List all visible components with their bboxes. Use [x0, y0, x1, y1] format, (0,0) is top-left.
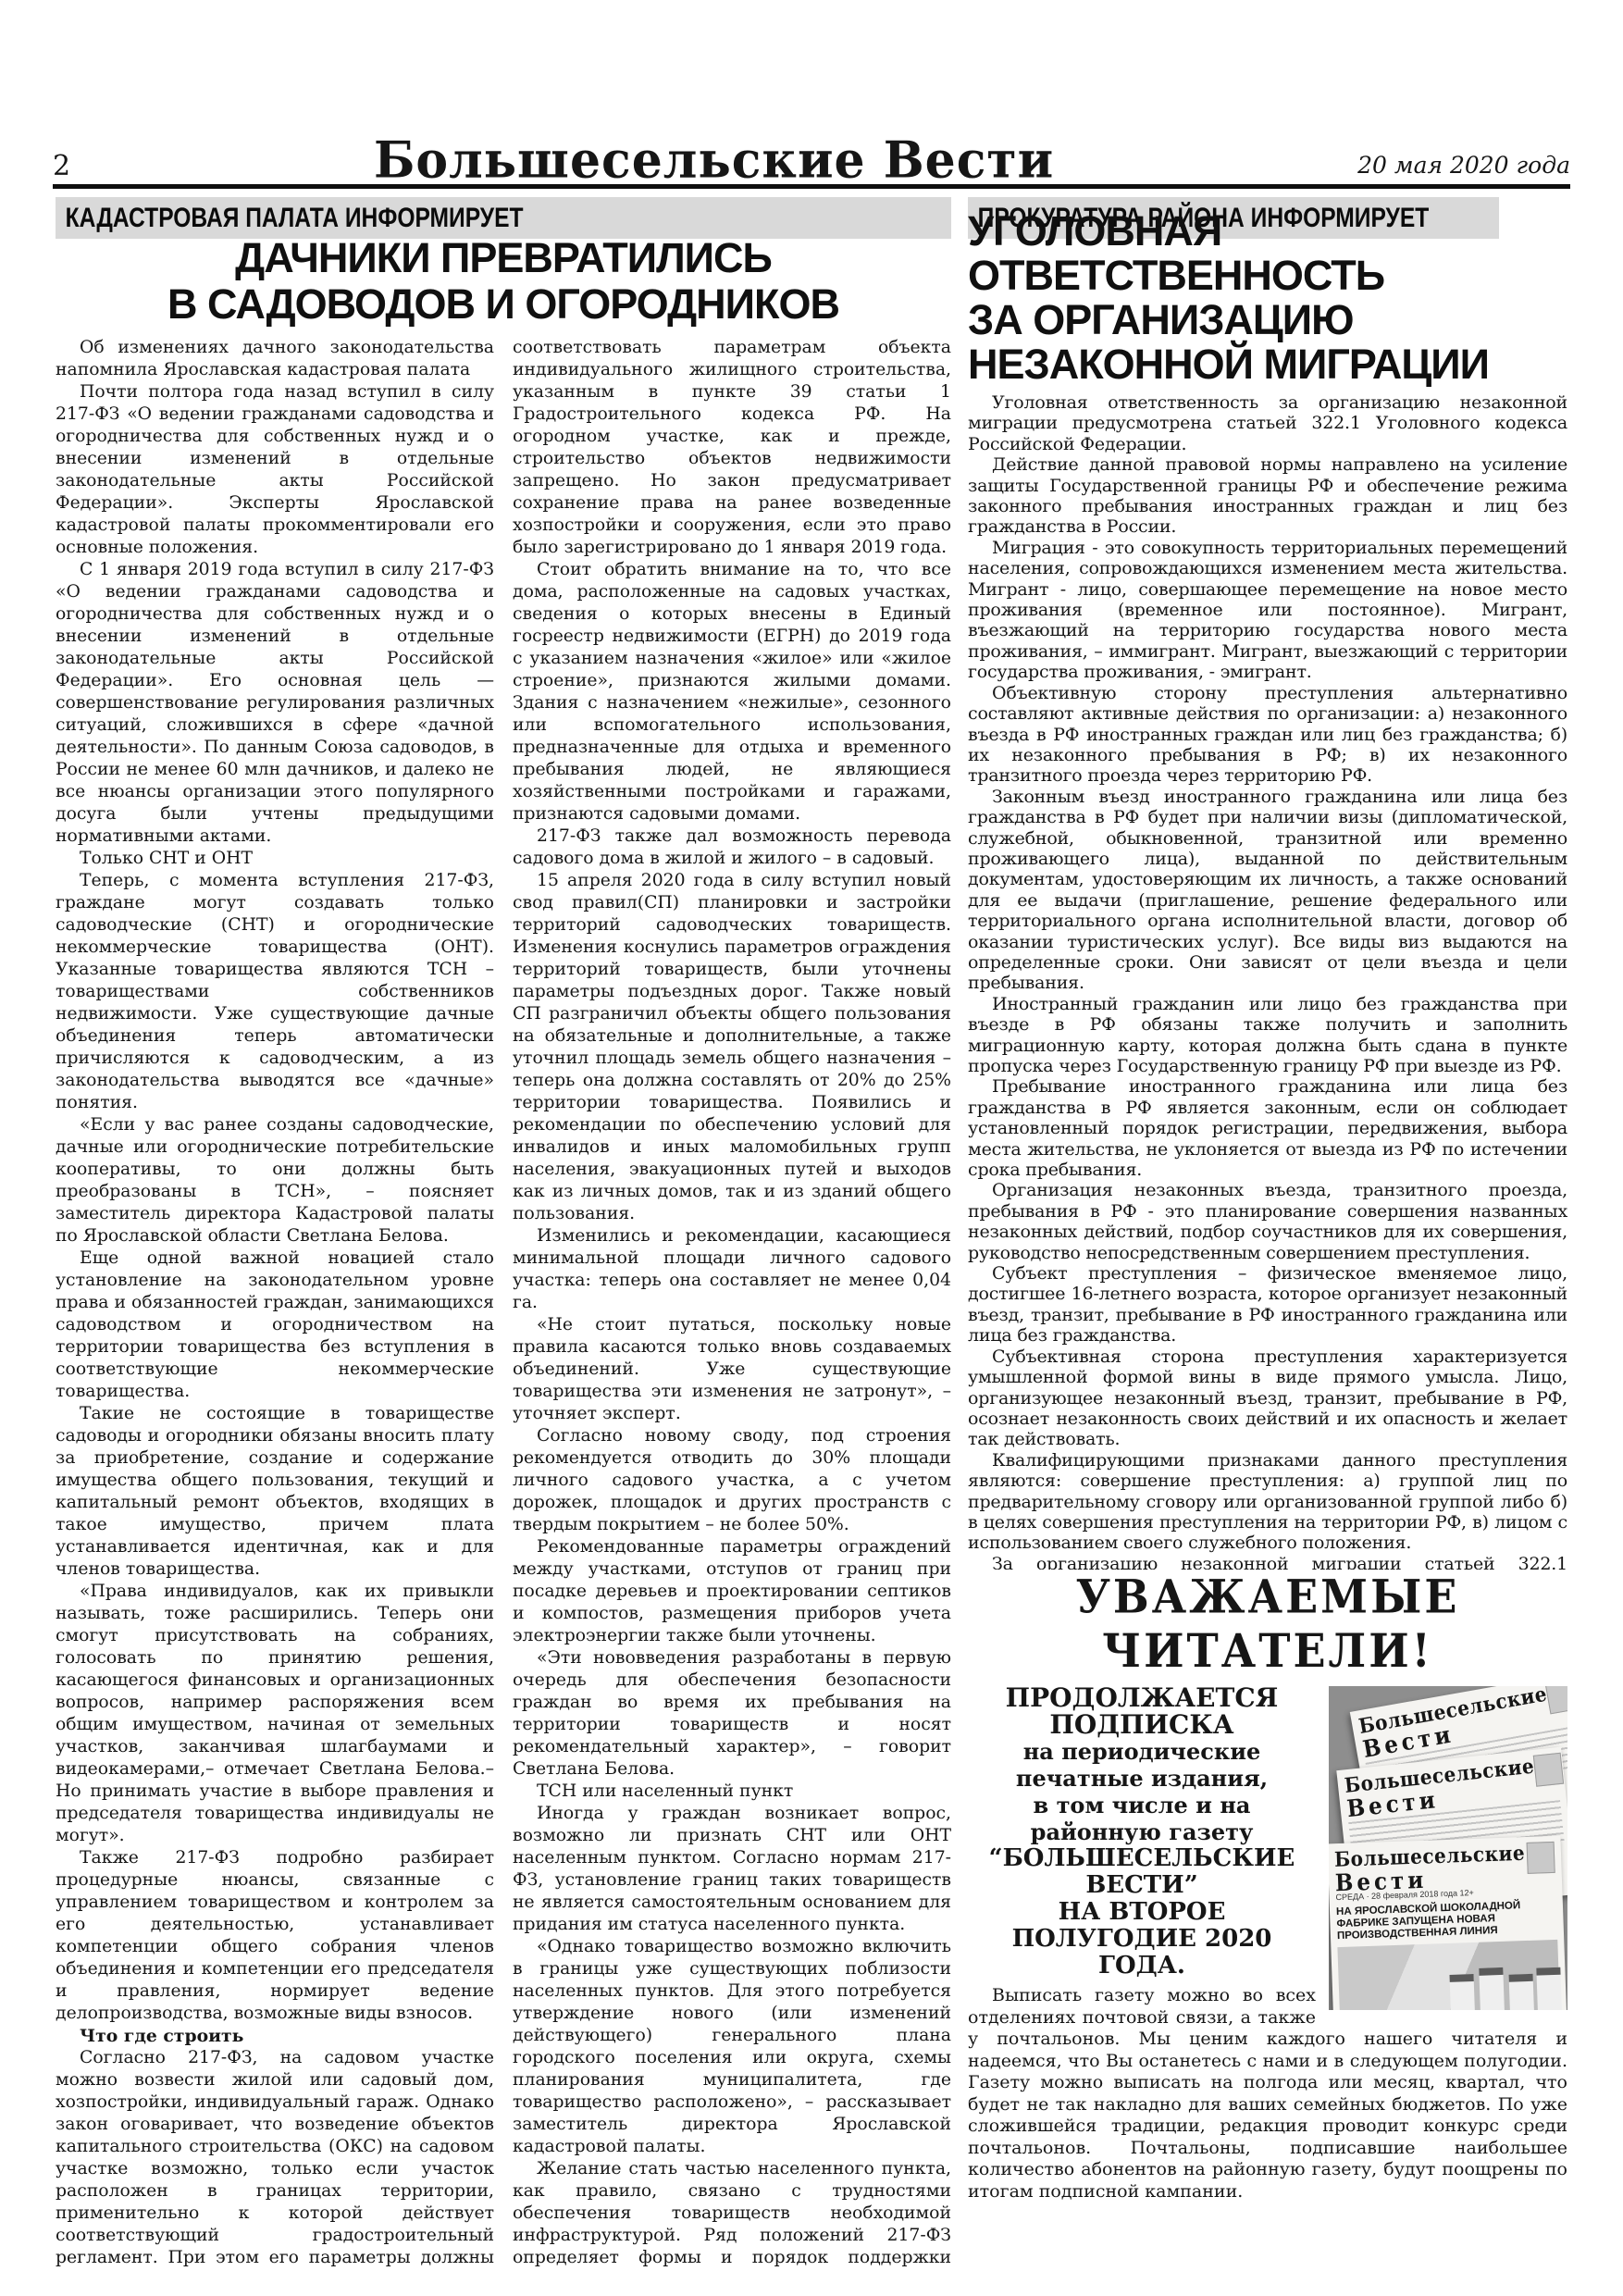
page-number: 2: [53, 153, 70, 184]
readers-appeal-title: УВАЖАЕМЫЕ ЧИТАТЕЛИ!: [968, 1570, 1567, 1678]
subscription-newspapers-photo: Большесельские Вести Большесельские Вест…: [1329, 1686, 1567, 2010]
left-article-title: ДАЧНИКИ ПРЕВРАТИЛИСЬ В САДОВОДОВ И ОГОРО…: [56, 235, 951, 328]
paragraph: Теперь, с момента вступления 217-ФЗ, гра…: [56, 870, 494, 1114]
paragraph: Иностранный гражданин или лицо без гражд…: [968, 994, 1567, 1077]
title-line: ДАЧНИКИ ПРЕВРАТИЛИСЬ: [235, 234, 772, 281]
left-article-body: Об изменениях дачного законодательства н…: [56, 337, 951, 2284]
newspaper-card-masthead: Большесельские Вести: [1334, 1842, 1555, 1891]
right-article-title: УГОЛОВНАЯ ОТВЕТСТВЕННОСТЬ ЗА ОРГАНИЗАЦИЮ…: [968, 209, 1579, 387]
newspaper-page: 2 Большесельские Вести 20 мая 2020 года …: [0, 0, 1623, 2296]
paragraph: 15 апреля 2020 года в силу вступил новый…: [513, 870, 951, 1225]
paragraph: «Если у вас ранее созданы садоводческие,…: [56, 1114, 494, 1247]
title-line: НЕЗАКОННОЙ МИГРАЦИИ: [968, 341, 1489, 388]
paragraph: «Не стоит путаться, поскольку новые прав…: [513, 1314, 951, 1425]
paragraph: Пребывание иностранного гражданина или л…: [968, 1076, 1567, 1180]
section-kicker-cadastral: КАДАСТРОВАЯ ПАЛАТА ИНФОРМИРУЕТ: [56, 197, 951, 239]
paragraph: Уголовная ответственность за организацию…: [968, 392, 1567, 454]
masthead-word: Большесельские: [1334, 1843, 1526, 1869]
subscription-notice: УВАЖАЕМЫЕ ЧИТАТЕЛИ! Большесельские Вести: [968, 1570, 1567, 2203]
section-kicker-label: КАДАСТРОВАЯ ПАЛАТА ИНФОРМИРУЕТ: [56, 203, 524, 234]
factory-photo: [1337, 1940, 1560, 2010]
paragraph: Стоит обратить внимание на то, что все д…: [513, 559, 951, 825]
issue-date: 20 мая 2020 года: [1357, 152, 1570, 184]
paragraph: Субъект преступления – физическое вменяе…: [968, 1263, 1567, 1347]
paragraph: Также 217-ФЗ подробно разбирает процедур…: [56, 1847, 494, 2025]
paragraph: Миграция - это совокупность территориаль…: [968, 538, 1567, 683]
paragraph: «Однако товарищество возможно включить в…: [513, 1936, 951, 2158]
paragraph: Такие не состоящие в товариществе садово…: [56, 1403, 494, 1581]
title-line: ОТВЕТСТВЕННОСТЬ: [968, 252, 1384, 299]
newspaper-headline: На Ярославской шоколадной фабрике запуще…: [1336, 1899, 1557, 1942]
newspaper-card: Большесельские Вести СРЕДА · 28 февраля …: [1329, 1836, 1567, 2010]
newspaper-masthead: Большесельские Вести: [374, 136, 1054, 184]
paragraph: С 1 января 2019 года вступил в силу 217-…: [56, 559, 494, 848]
church-icon: [1533, 1753, 1564, 1787]
paragraph: Выписать газету можно во всех отделениях…: [968, 1985, 1567, 2203]
paragraph: Субъективная сторона преступления характ…: [968, 1347, 1567, 1450]
paragraph: Что где строить: [56, 2025, 494, 2047]
title-line: ЗА ОРГАНИЗАЦИЮ: [968, 296, 1354, 343]
subscription-body: Выписать газету можно во всех отделениях…: [968, 1985, 1567, 2203]
paragraph: «Эти нововведения разработаны в первую о…: [513, 1647, 951, 1781]
paragraph: Иногда у граждан возникает вопрос, возмо…: [513, 1803, 951, 1936]
title-line: ЧИТАТЕЛИ!: [1102, 1623, 1433, 1677]
right-article-body: Уголовная ответственность за организацию…: [968, 392, 1567, 1570]
paragraph: Организация незаконных въезда, транзитно…: [968, 1180, 1567, 1263]
paragraph: Изменились и рекомендации, касающиеся ми…: [513, 1225, 951, 1314]
paragraph: Об изменениях дачного законодательства н…: [56, 337, 494, 381]
paragraph: Только СНТ и ОНТ: [56, 848, 494, 870]
paragraph: Согласно новому своду, под строения реко…: [513, 1425, 951, 1536]
paragraph: Рекомендованные параметры ограждений меж…: [513, 1536, 951, 1647]
paragraph: 217-ФЗ также дал возможность перевода са…: [513, 825, 951, 870]
title-line: УВАЖАЕМЫЕ: [1076, 1570, 1460, 1623]
paragraph: Еще одной важной новацией стало установл…: [56, 1247, 494, 1403]
paragraph: Законным въезд иностранного гражданина и…: [968, 787, 1567, 994]
title-line: УГОЛОВНАЯ: [968, 207, 1221, 254]
paragraph: Почти полтора года назад вступил в силу …: [56, 381, 494, 559]
paragraph: За организацию незаконной миграции стать…: [968, 1554, 1567, 1570]
title-line: В САДОВОДОВ И ОГОРОДНИКОВ: [167, 280, 839, 328]
paragraph: Действие данной правовой нормы направлен…: [968, 454, 1567, 538]
paragraph: Объективную сторону преступления альтерн…: [968, 683, 1567, 787]
paragraph: ТСН или населенный пункт: [513, 1781, 951, 1803]
readers-appeal-content: Большесельские Вести Большесельские Вест…: [968, 1684, 1567, 2203]
church-icon: [1527, 1842, 1555, 1874]
paragraph: Квалифицирующими признаками данного прес…: [968, 1450, 1567, 1554]
paragraph: «Права индивидуалов, как их привыкли наз…: [56, 1581, 494, 1847]
page-header: 2 Большесельские Вести 20 мая 2020 года: [53, 130, 1570, 189]
